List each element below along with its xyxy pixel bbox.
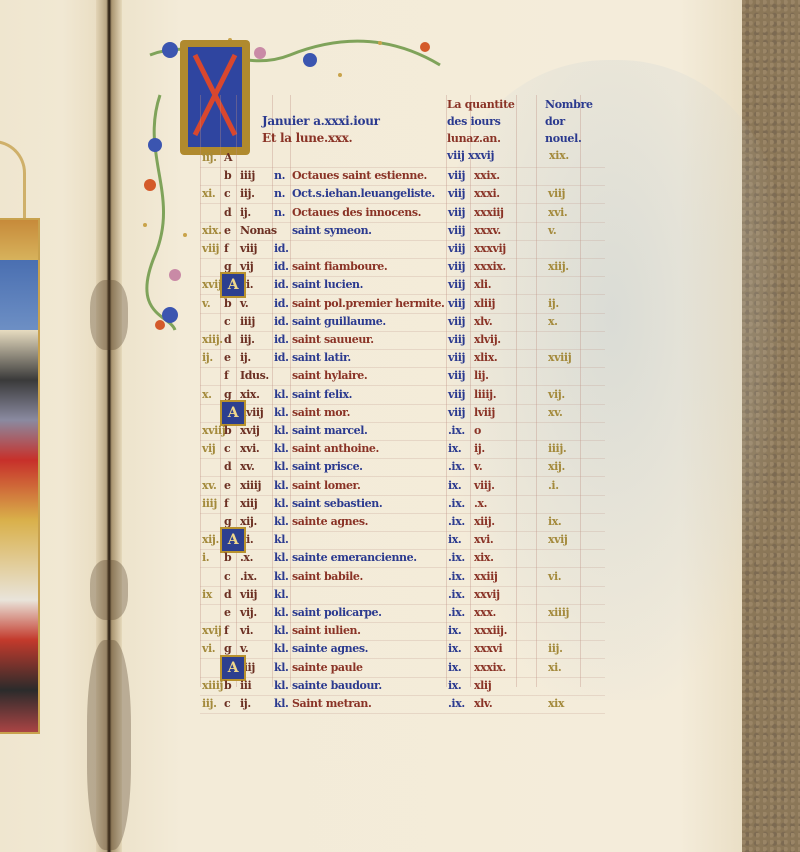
roman-day: .ix. [240,567,257,586]
moon-age: viij. [474,476,495,495]
dominical-letter: c [224,694,230,713]
roman-day: v. [240,294,248,313]
nombre-dor: iij. [548,639,563,658]
kalends-marker: n. [274,166,285,185]
golden-number: xi. [202,184,215,203]
roman-day: ij. [240,348,251,367]
nombre-dor: xij. [548,457,565,476]
hours-value: .ix. [448,457,465,476]
nombre-dor: vi. [548,567,561,586]
saint-name: saint lomer. [292,476,360,495]
hours-value: .ix. [448,548,465,567]
calendar-row: evij.kl.saint policarpe..ix.xxx.xiiij [200,603,605,623]
saint-name: saint sauueur. [292,330,374,349]
nombre-dor: viij [548,184,565,203]
moon-age: o [474,421,481,440]
calendar-row: xij.Axi.kl.ix.xvi.xvijA [200,530,605,550]
saint-name: saint guillaume. [292,312,386,331]
calendar-row: iij.A [200,148,605,168]
hours-value: viij [448,203,465,222]
golden-number: xix. [202,221,222,240]
dominical-letter: f [224,621,228,640]
dominical-letter: e [224,221,231,240]
kalends-marker: id. [274,239,289,258]
roman-day: iij. [240,184,255,203]
kalends-marker: kl. [274,439,288,458]
moon-age: xxxvi [474,639,502,658]
kalends-marker: n. [274,184,285,203]
golden-number: xiij. [202,330,223,349]
moon-age: lij. [474,366,489,385]
golden-number: xiiij [202,676,223,695]
roman-day: iiij [240,312,255,331]
kalends-marker: kl. [274,603,288,622]
dominical-letter: b [224,548,231,567]
nombre-dor: xvi. [548,203,567,222]
month-title: Januier a.xxxi.iour [262,113,380,130]
kalends-marker: kl. [274,567,288,586]
golden-number: v. [202,294,210,313]
dominical-letter: e [224,476,231,495]
nombre-dor: xv. [548,403,562,422]
nombre-dor: xiiij [548,603,569,622]
kalends-marker: id. [274,348,289,367]
saint-name: sainte agnes. [292,512,368,531]
calendar-row: xi.ciij.n.Oct.s.iehan.leuangeliste.viijx… [200,184,605,204]
kalends-marker: kl. [274,658,288,677]
saint-name: saint pol.premier hermite. [292,294,445,313]
golden-number: ij. [202,348,213,367]
moon-age: ij. [474,439,485,458]
kalends-marker: kl. [274,457,288,476]
hours-value: viij [448,221,465,240]
roman-day: iii [240,676,251,695]
moon-age: xiij. [474,512,495,531]
calendar-row: viijfviijid.viijxxxvij [200,239,605,259]
kalends-marker: kl. [274,421,288,440]
saint-name: sainte paule [292,658,363,677]
dominical-letter: d [224,585,231,604]
hours-value: .ix. [448,585,465,604]
roman-day: ij. [240,203,251,222]
nombre-dor: .i. [548,476,559,495]
dominical-letter: d [224,203,231,222]
dominical-letter: b [224,676,231,695]
moon-age: xlv. [474,694,492,713]
book-gutter [96,0,122,852]
kalends-marker: kl. [274,621,288,640]
hours-value: viij [448,257,465,276]
hours-value: viij [448,239,465,258]
hours-value: viij [448,330,465,349]
hours-value: viij [448,403,465,422]
calendar-row: Axviijkl.saint mor.viijlviijxv.A [200,403,605,423]
calendar-row: ixdviijkl..ix.xxvij [200,585,605,605]
saint-name: saint prisce. [292,457,363,476]
saint-name: saint lucien. [292,275,363,294]
dominical-letter: c [224,312,230,331]
calendar-row: vijcxvi.kl.saint anthoine.ix.ij.iiij. [200,439,605,459]
moon-age: xxxiij [474,203,504,222]
saint-name: sainte baudour. [292,676,382,695]
nombre-dor: vij. [548,385,565,404]
dominical-letter: b [224,166,231,185]
saint-name: saint mor. [292,403,350,422]
moon-age: xxxvij [474,239,506,258]
calendar-row: iij.cij.kl.Saint metran..ix.xlv.xix [200,694,605,714]
golden-number: xvij [202,275,222,294]
moon-age: xli. [474,275,491,294]
dominical-letter: f [224,366,228,385]
hours-value: viij [448,166,465,185]
moon-age: xxxiij. [474,621,507,640]
saint-name: Oct.s.iehan.leuangeliste. [292,184,435,203]
golden-number: iiij [202,494,217,513]
calendar-row: c.ix.kl.saint babile..ix.xxiijvi. [200,567,605,587]
dominical-letter: c [224,439,230,458]
nombre-dor: iiij. [548,439,566,458]
hours-value: viij [448,366,465,385]
saint-name: saint sebastien. [292,494,382,513]
kalends-marker: n. [274,203,285,222]
dominical-letter: c [224,184,230,203]
golden-number: ix [202,585,212,604]
hours-value: ix. [448,658,461,677]
calendar-row: xv.exiiijkl.saint lomer.ix.viij..i. [200,476,605,496]
kalends-marker: id. [274,312,289,331]
moon-age: xliij [474,294,495,313]
roman-day: .x. [240,548,253,567]
kalends-marker: kl. [274,403,288,422]
hours-value: viij [448,348,465,367]
hours-value: viij [448,385,465,404]
moon-age: liiij. [474,385,496,404]
nombre-dor: xviij [548,348,571,367]
moon-age: xlv. [474,312,492,331]
miniature-illustration [0,218,40,734]
hours-value: viij [448,294,465,313]
roman-day: vi. [240,621,253,640]
hours-value: .ix. [448,603,465,622]
moon-age: xxxix. [474,257,506,276]
nombre-dor: ix. [548,512,561,531]
calendar-row: xix.eNonassaint symeon.viijxxxv.v. [200,221,605,241]
hours-value: ix. [448,530,461,549]
moon-age: xlvij. [474,330,501,349]
moon-age: xxxi. [474,184,500,203]
roman-day: xvi. [240,439,259,458]
kalends-marker: kl. [274,639,288,658]
moon-age: xxix. [474,166,500,185]
roman-day: xv. [240,457,254,476]
calendar-row: ij.eij.id.saint latir.viijxlix.xviij [200,348,605,368]
hours-value: .ix. [448,494,465,513]
hours-value: .ix. [448,512,465,531]
dominical-letter: e [224,603,231,622]
calendar-row: xviijbxvijkl.saint marcel..ix.o [200,421,605,441]
calendar-row: dij.n.Octaues des innocens.viijxxxiijxvi… [200,203,605,223]
calendar-row: xvijAvi.id.saint lucien.viijxli.A [200,275,605,295]
kalends-marker: kl. [274,585,288,604]
hours-value: ix. [448,476,461,495]
roman-day: Nonas [240,221,277,240]
nombre-dor: ij. [548,294,559,313]
calendar-row: vi.gv.kl.sainte agnes.ix.xxxviiij. [200,639,605,659]
hours-value: ix. [448,621,461,640]
moon-age: xxxv. [474,221,501,240]
calendar-row: iiijfxiijkl.saint sebastien..ix..x. [200,494,605,514]
calendar-row: gxij.kl.sainte agnes..ix.xiij.ix. [200,512,605,532]
calendar-row: v.bv.id.saint pol.premier hermite.viijxl… [200,294,605,314]
moon-age: xxx. [474,603,496,622]
saint-name: Octaues des innocens. [292,203,421,222]
dominical-letter: d [224,457,231,476]
moon-age: xxiij [474,567,497,586]
nombre-dor: xi. [548,658,561,677]
calendar-row: xiiijbiiikl.sainte baudour.ix.xlij [200,676,605,696]
hours-value: ix. [448,676,461,695]
hours-value: ix. [448,439,461,458]
hours-value: ix. [448,639,461,658]
calendar-row: xvijfvi.kl.saint iulien.ix.xxxiij. [200,621,605,641]
dominical-letter: c [224,567,230,586]
kalends-marker: kl. [274,512,288,531]
calendar-row: gvijid.saint fiamboure.viijxxxix.xiij. [200,257,605,277]
saint-name: saint symeon. [292,221,372,240]
saint-name: saint hylaire. [292,366,367,385]
roman-day: xiiij [240,476,261,495]
golden-number: iij. [202,148,217,167]
saint-name: saint anthoine. [292,439,379,458]
kalends-marker: id. [274,275,289,294]
dominical-letter: b [224,421,231,440]
hours-value: .ix. [448,694,465,713]
nombre-dor: xiij. [548,257,569,276]
roman-day: iij. [240,330,255,349]
roman-day: ij. [240,694,251,713]
golden-number: xv. [202,476,216,495]
kalends-marker: id. [274,294,289,313]
saint-name: sainte agnes. [292,639,368,658]
roman-day: vij. [240,603,257,622]
nombre-dor: xvij [548,530,568,549]
moon-age: xlij [474,676,491,695]
dominical-letter: d [224,330,231,349]
saint-name: saint policarpe. [292,603,382,622]
roman-day: viij [240,239,257,258]
hours-value: .ix. [448,421,465,440]
saint-name: saint babile. [292,567,363,586]
moon-age: xlix. [474,348,497,367]
calendar-row: x.gxix.kl.saint felix.viijliiij.vij. [200,385,605,405]
calendar-row: biiijn.Octaues saint estienne.viijxxix. [200,166,605,186]
golden-number: i. [202,548,209,567]
calendar-row: dxv.kl.saint prisce..ix.v.xij. [200,457,605,477]
calendar-row: i.b.x.kl.sainte emerancienne..ix.xix. [200,548,605,568]
moon-age: xxxix. [474,658,506,677]
kalends-marker: kl. [274,385,288,404]
kalends-marker: kl. [274,494,288,513]
moon-age: lviij [474,403,495,422]
calendar-row: ciiijid.saint guillaume.viijxlv.x. [200,312,605,332]
dominical-letter: f [224,239,228,258]
dominical-letter: e [224,348,231,367]
dominical-letter: f [224,494,228,513]
roman-day: xiij [240,494,257,513]
dominical-letter: A [224,148,232,167]
golden-number: xviij [202,421,225,440]
roman-day: xvij [240,421,260,440]
kalends-marker: kl. [274,694,288,713]
golden-number: xij. [202,530,219,549]
hours-value: .ix. [448,567,465,586]
moon-age: xix. [474,548,494,567]
moon-title: Et la lune.xxx. [262,130,352,147]
golden-number: vi. [202,639,215,658]
golden-number: viij [202,239,219,258]
moon-age: v. [474,457,482,476]
saint-name: Saint metran. [292,694,371,713]
saint-name: saint felix. [292,385,352,404]
kalends-marker: id. [274,257,289,276]
dominical-letter: b [224,294,231,313]
saint-name: saint fiamboure. [292,257,387,276]
nombre-dor: xix [548,694,564,713]
calendar-row: xiij.diij.id.saint sauueur.viijxlvij. [200,330,605,350]
moon-age: xvi. [474,530,493,549]
golden-number: xvij [202,621,222,640]
roman-day: Idus. [240,366,269,385]
saint-name: saint iulien. [292,621,361,640]
moon-age: .x. [474,494,487,513]
moon-age: xxvij [474,585,500,604]
calendar-row: Aiiijkl.sainte pauleix.xxxix.xi.A [200,658,605,678]
golden-number: vij [202,439,215,458]
saint-name: saint marcel. [292,421,367,440]
roman-day: viij [240,585,257,604]
kalends-marker: id. [274,330,289,349]
kalends-marker: kl. [274,676,288,695]
nombre-dor: x. [548,312,558,331]
saint-name: Octaues saint estienne. [292,166,427,185]
saint-name: saint latir. [292,348,351,367]
hours-value: viij [448,184,465,203]
calendar-row: fIdus.saint hylaire.viijlij. [200,366,605,386]
hours-value: viij [448,312,465,331]
roman-day: iiij [240,166,255,185]
kalends-marker: kl. [274,476,288,495]
saint-name: sainte emerancienne. [292,548,417,567]
kalends-marker: kl. [274,530,288,549]
golden-number: x. [202,385,212,404]
kalends-marker: kl. [274,548,288,567]
golden-number: iij. [202,694,217,713]
hours-value: viij [448,275,465,294]
nombre-dor: v. [548,221,556,240]
